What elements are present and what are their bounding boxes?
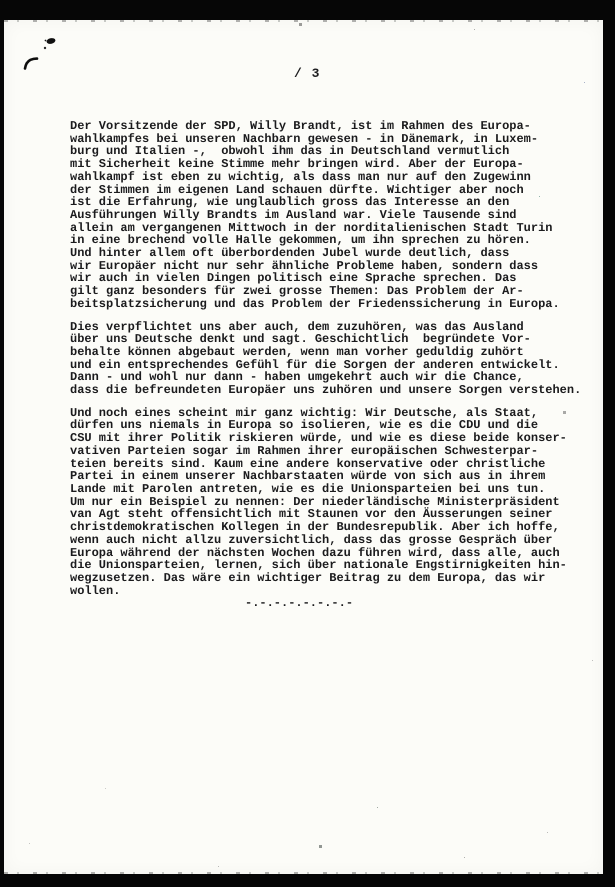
document-text: Der Vorsitzende der SPD, Willy Brandt, i…: [70, 120, 595, 610]
handwritten-ink-marks: [4, 20, 84, 90]
ink-blob-mark: [46, 37, 56, 44]
photocopy-specks: [4, 20, 5, 21]
end-of-text-separator: -.-.-.-.-.-.-.-: [70, 597, 595, 610]
scanned-document: { "page": { "number_label": "/ 3", "back…: [0, 0, 615, 887]
paragraph-1: Der Vorsitzende der SPD, Willy Brandt, i…: [70, 120, 595, 311]
paragraph-3: Und noch eines scheint mir ganz wichtig:…: [70, 407, 595, 598]
paragraph-2: Dies verpflichtet uns aber auch, dem zuz…: [70, 321, 595, 397]
page-number: / 3: [294, 66, 320, 82]
ink-dot-mark-2: [44, 47, 46, 49]
scan-edge-noise-bottom: [4, 872, 603, 874]
document-page: / 3 Der Vorsitzende der SPD, Willy Brand…: [4, 20, 603, 874]
ink-dot-mark: [45, 40, 47, 42]
pen-flick-mark: [25, 59, 37, 69]
scan-edge-noise-top: [4, 20, 603, 22]
